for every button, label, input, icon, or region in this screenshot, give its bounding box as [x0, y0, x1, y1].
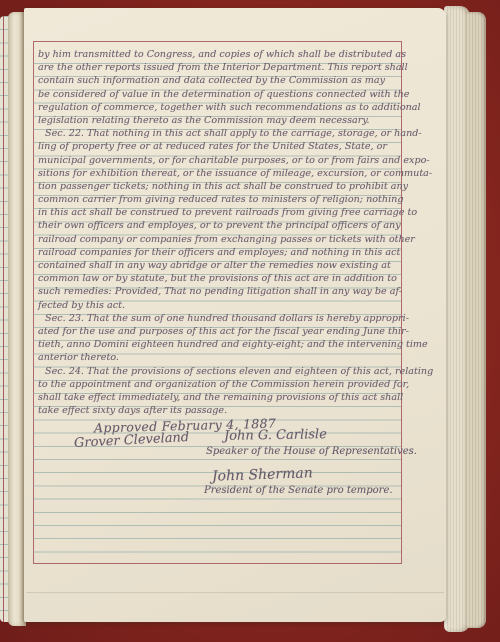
manuscript-line: common carrier from giving reduced rates… — [38, 193, 440, 206]
manuscript-line: take effect sixty days after its passage… — [38, 404, 440, 417]
manuscript-line-section-22: Sec. 22. That nothing in this act shall … — [38, 127, 440, 140]
manuscript-line: tieth, anno Domini eighteen hundred and … — [38, 338, 440, 351]
manuscript-line: anterior thereto. — [38, 351, 440, 364]
manuscript-line: tion passenger tickets; nothing in this … — [38, 180, 440, 193]
manuscript-line-section-23: Sec. 23. That the sum of one hundred tho… — [38, 312, 440, 325]
manuscript-line: by him transmitted to Congress, and copi… — [38, 48, 440, 61]
manuscript-line: their own officers and employes, or to p… — [38, 219, 440, 232]
manuscript-line: sitions for exhibition thereat, or the i… — [38, 167, 440, 180]
manuscript-line-section-24: Sec. 24. That the provisions of sections… — [38, 365, 440, 378]
speaker-title: Speaker of the House of Representatives. — [206, 446, 417, 457]
manuscript-line: contain such information and data collec… — [38, 74, 440, 87]
manuscript-line: be considered of value in the determinat… — [38, 88, 440, 101]
manuscript-page: by him transmitted to Congress, and copi… — [24, 8, 446, 622]
manuscript-line: contained shall in any way abridge or al… — [38, 259, 440, 272]
manuscript-line: are the other reports issued from the In… — [38, 61, 440, 74]
manuscript-line: railroad company or companies from excha… — [38, 233, 440, 246]
manuscript-line: municipal governments, or for charitable… — [38, 154, 440, 167]
manuscript-line: fected by this act. — [38, 299, 440, 312]
manuscript-text: by him transmitted to Congress, and copi… — [38, 48, 440, 417]
manuscript-line: to the appointment and organization of t… — [38, 378, 440, 391]
manuscript-line: shall take effect immediately, and the r… — [38, 391, 440, 404]
manuscript-line: ling of property free or at reduced rate… — [38, 140, 440, 153]
speaker-signature: John G. Carlisle — [224, 427, 327, 444]
manuscript-line: ated for the use and purposes of this ac… — [38, 325, 440, 338]
senate-title: President of the Senate pro tempore. — [204, 485, 393, 496]
manuscript-line: such remedies: Provided, That no pending… — [38, 285, 440, 298]
manuscript-line: in this act shall be construed to preven… — [38, 206, 440, 219]
page-edge-stack-inner — [466, 12, 486, 628]
bound-volume-photo: by him transmitted to Congress, and copi… — [0, 0, 500, 642]
manuscript-line: regulation of commerce, together with su… — [38, 101, 440, 114]
manuscript-line: common law or by statute, but the provis… — [38, 272, 440, 285]
page-crease — [26, 592, 444, 594]
manuscript-line: railroad companies for their officers an… — [38, 246, 440, 259]
manuscript-line: legislation relating thereto as the Comm… — [38, 114, 440, 127]
